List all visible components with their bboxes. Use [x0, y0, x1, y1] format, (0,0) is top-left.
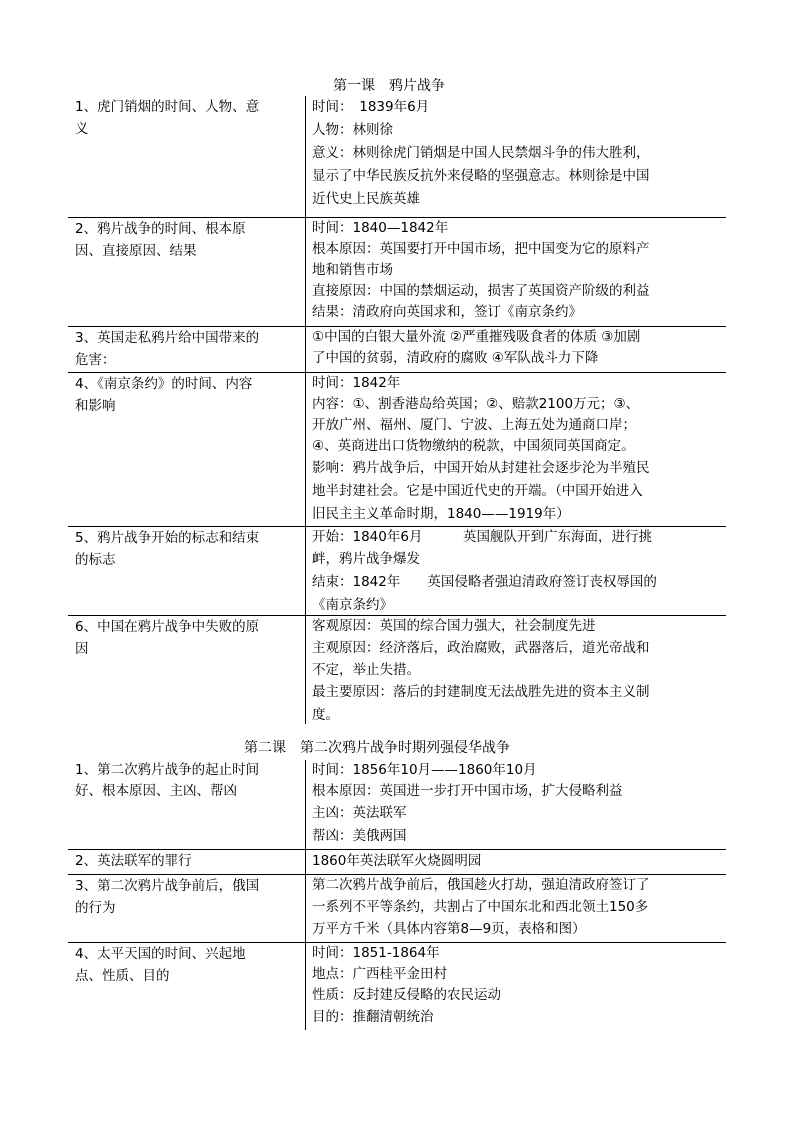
answer-line: 时间：1851-1864年: [312, 943, 726, 964]
answer-line: 性质：反封建反侵略的农民运动: [312, 985, 726, 1006]
question-cell: 2、英法联军的罪行: [68, 850, 305, 874]
question-cell: 4、太平天国的时间、兴起地 点、性质、目的: [68, 943, 305, 1030]
question-line: 好、根本原因、主凶、帮凶: [75, 781, 305, 802]
answer-line: 1860年英法联军火烧圆明园: [312, 850, 726, 872]
answer-cell: ①中国的白银大量外流 ②严重摧残吸食者的体质 ③加剧 了中国的贫弱，清政府的腐败…: [305, 327, 726, 372]
question-line: 1、虎门销烟的时间、人物、意: [75, 96, 305, 118]
answer-line: 影响：鸦片战争后，中国开始从封建社会逐步沦为半殖民: [312, 457, 726, 480]
table-row: 1、虎门销烟的时间、人物、意 义 时间： 1839年6月 人物：林则徐 意义：林…: [68, 96, 726, 218]
lesson2-title: 第二课 第二次鸦片战争时期列强侵华战争: [244, 738, 510, 758]
question-line: 1、第二次鸦片战争的起止时间: [75, 760, 305, 781]
question-cell: 1、第二次鸦片战争的起止时间 好、根本原因、主凶、帮凶: [68, 760, 305, 849]
table-row: 2、鸦片战争的时间、根本原 因、直接原因、结果 时间：1840—1842年 根本…: [68, 218, 726, 327]
answer-line: 开放广州、福州、厦门、宁波、上海五处为通商口岸；: [312, 415, 726, 436]
answer-line: 最主要原因：落后的封建制度无法战胜先进的资本主义制: [312, 681, 726, 704]
answer-line: 结果：清政府向英国求和，签订《南京条约》: [312, 302, 726, 323]
table-row: 1、第二次鸦片战争的起止时间 好、根本原因、主凶、帮凶 时间：1856年10月—…: [68, 760, 726, 850]
answer-line: 根本原因：英国进一步打开中国市场，扩大侵略利益: [312, 781, 726, 802]
question-cell: 1、虎门销烟的时间、人物、意 义: [68, 96, 305, 217]
answer-line: 地半封建社会。它是中国近代史的开端。（中国开始进入: [312, 480, 726, 503]
question-line: 5、鸦片战争开始的标志和结束: [75, 527, 305, 549]
answer-line: 显示了中华民族反抗外来侵略的坚强意志。林则徐是中国: [312, 165, 726, 188]
question-cell: 3、第二次鸦片战争前后，俄国 的行为: [68, 875, 305, 942]
question-cell: 4、《南京条约》的时间、内容 和影响: [68, 373, 305, 526]
answer-line: 万平方千米（具体内容第8—9页，表格和图）: [312, 919, 726, 940]
table-row: 3、英国走私鸦片给中国带来的 危害： ①中国的白银大量外流 ②严重摧残吸食者的体…: [68, 327, 726, 373]
answer-line: 帮凶：美俄两国: [312, 825, 726, 848]
answer-line: 度。: [312, 704, 726, 727]
question-line: 义: [75, 118, 305, 140]
answer-cell: 开始：1840年6月 英国舰队开到广东海面，进行挑 衅，鸦片战争爆发 结束：18…: [305, 527, 726, 615]
answer-line: 不定，举止失措。: [312, 660, 726, 681]
table-row: 4、《南京条约》的时间、内容 和影响 时间：1842年 内容：①、割香港岛给英国…: [68, 373, 726, 527]
answer-cell: 时间：1840—1842年 根本原因：英国要打开中国市场，把中国变为它的原料产 …: [305, 218, 726, 326]
question-line: 3、英国走私鸦片给中国带来的: [75, 327, 305, 349]
answer-line: 《南京条约》: [312, 594, 726, 617]
answer-cell: 时间：1851-1864年 地点：广西桂平金田村 性质：反封建反侵略的农民运动 …: [305, 943, 726, 1030]
answer-cell: 时间：1842年 内容：①、割香港岛给英国；②、赔款2100万元；③、 开放广州…: [305, 373, 726, 526]
question-line: 的标志: [75, 549, 305, 571]
answer-line: 客观原因：英国的综合国力强大，社会制度先进: [312, 616, 726, 637]
answer-line: 结束：1842年 英国侵略者强迫清政府签订丧权辱国的: [312, 571, 726, 594]
answer-line: ①中国的白银大量外流 ②严重摧残吸食者的体质 ③加剧: [312, 327, 726, 348]
answer-cell: 时间：1856年10月——1860年10月 根本原因：英国进一步打开中国市场，扩…: [305, 760, 726, 849]
answer-cell: 第二次鸦片战争前后，俄国趁火打劫，强迫清政府签订了 一系列不平等条约，共割占了中…: [305, 875, 726, 942]
answer-line: 直接原因：中国的禁烟运动，损害了英国资产阶级的利益: [312, 281, 726, 302]
answer-line: 地和销售市场: [312, 260, 726, 281]
answer-line: 意义：林则徐虎门销烟是中国人民禁烟斗争的伟大胜利，: [312, 142, 726, 165]
question-line: 4、《南京条约》的时间、内容: [75, 373, 305, 395]
answer-line: 第二次鸦片战争前后，俄国趁火打劫，强迫清政府签订了: [312, 875, 726, 896]
answer-line: 人物：林则徐: [312, 119, 726, 142]
answer-line: 主凶：英法联军: [312, 802, 726, 825]
answer-line: 内容：①、割香港岛给英国；②、赔款2100万元；③、: [312, 394, 726, 415]
question-line: 的行为: [75, 897, 305, 919]
question-line: 点、性质、目的: [75, 965, 305, 987]
question-cell: 6、中国在鸦片战争中失败的原 因: [68, 616, 305, 724]
answer-line: 地点：广西桂平金田村: [312, 964, 726, 985]
answer-cell: 时间： 1839年6月 人物：林则徐 意义：林则徐虎门销烟是中国人民禁烟斗争的伟…: [305, 96, 726, 217]
question-line: 和影响: [75, 395, 305, 417]
lesson1-title: 第一课 鸦片战争: [333, 76, 445, 96]
answer-line: 时间： 1839年6月: [312, 96, 726, 119]
question-line: 4、太平天国的时间、兴起地: [75, 943, 305, 965]
question-line: 因、直接原因、结果: [75, 240, 305, 262]
question-line: 6、中国在鸦片战争中失败的原: [75, 616, 305, 638]
answer-line: 旧民主主义革命时期，1840——1919年）: [312, 503, 726, 526]
question-cell: 3、英国走私鸦片给中国带来的 危害：: [68, 327, 305, 372]
table-row: 4、太平天国的时间、兴起地 点、性质、目的 时间：1851-1864年 地点：广…: [68, 943, 726, 1030]
answer-line: 时间：1842年: [312, 373, 726, 394]
question-line: 危害：: [75, 349, 305, 371]
question-line: 因: [75, 638, 305, 660]
question-line: 3、第二次鸦片战争前后，俄国: [75, 875, 305, 897]
question-cell: 2、鸦片战争的时间、根本原 因、直接原因、结果: [68, 218, 305, 326]
lesson2-table: 1、第二次鸦片战争的起止时间 好、根本原因、主凶、帮凶 时间：1856年10月—…: [68, 760, 726, 1030]
answer-line: 开始：1840年6月 英国舰队开到广东海面，进行挑: [312, 527, 726, 548]
question-cell: 5、鸦片战争开始的标志和结束 的标志: [68, 527, 305, 615]
answer-line: ④、英商进出口货物缴纳的税款，中国须同英国商定。: [312, 436, 726, 457]
answer-line: 时间：1856年10月——1860年10月: [312, 760, 726, 781]
answer-line: 近代史上民族英雄: [312, 188, 726, 211]
answer-line: 一系列不平等条约，共割占了中国东北和西北领土150多: [312, 896, 726, 919]
table-row: 3、第二次鸦片战争前后，俄国 的行为 第二次鸦片战争前后，俄国趁火打劫，强迫清政…: [68, 875, 726, 943]
table-row: 6、中国在鸦片战争中失败的原 因 客观原因：英国的综合国力强大，社会制度先进 主…: [68, 616, 726, 724]
table-row: 2、英法联军的罪行 1860年英法联军火烧圆明园: [68, 850, 726, 875]
answer-line: 根本原因：英国要打开中国市场，把中国变为它的原料产: [312, 239, 726, 260]
answer-line: 时间：1840—1842年: [312, 218, 726, 239]
answer-line: 了中国的贫弱，清政府的腐败 ④军队战斗力下降: [312, 348, 726, 369]
answer-line: 主观原因：经济落后，政治腐败，武器落后，道光帝战和: [312, 637, 726, 660]
answer-line: 目的：推翻清朝统治: [312, 1006, 726, 1029]
table-row: 5、鸦片战争开始的标志和结束 的标志 开始：1840年6月 英国舰队开到广东海面…: [68, 527, 726, 616]
lesson1-table: 1、虎门销烟的时间、人物、意 义 时间： 1839年6月 人物：林则徐 意义：林…: [68, 96, 726, 724]
question-line: 2、英法联军的罪行: [75, 850, 305, 872]
answer-cell: 客观原因：英国的综合国力强大，社会制度先进 主观原因：经济落后，政治腐败，武器落…: [305, 616, 726, 724]
question-line: 2、鸦片战争的时间、根本原: [75, 218, 305, 240]
answer-cell: 1860年英法联军火烧圆明园: [305, 850, 726, 874]
answer-line: 衅，鸦片战争爆发: [312, 548, 726, 571]
